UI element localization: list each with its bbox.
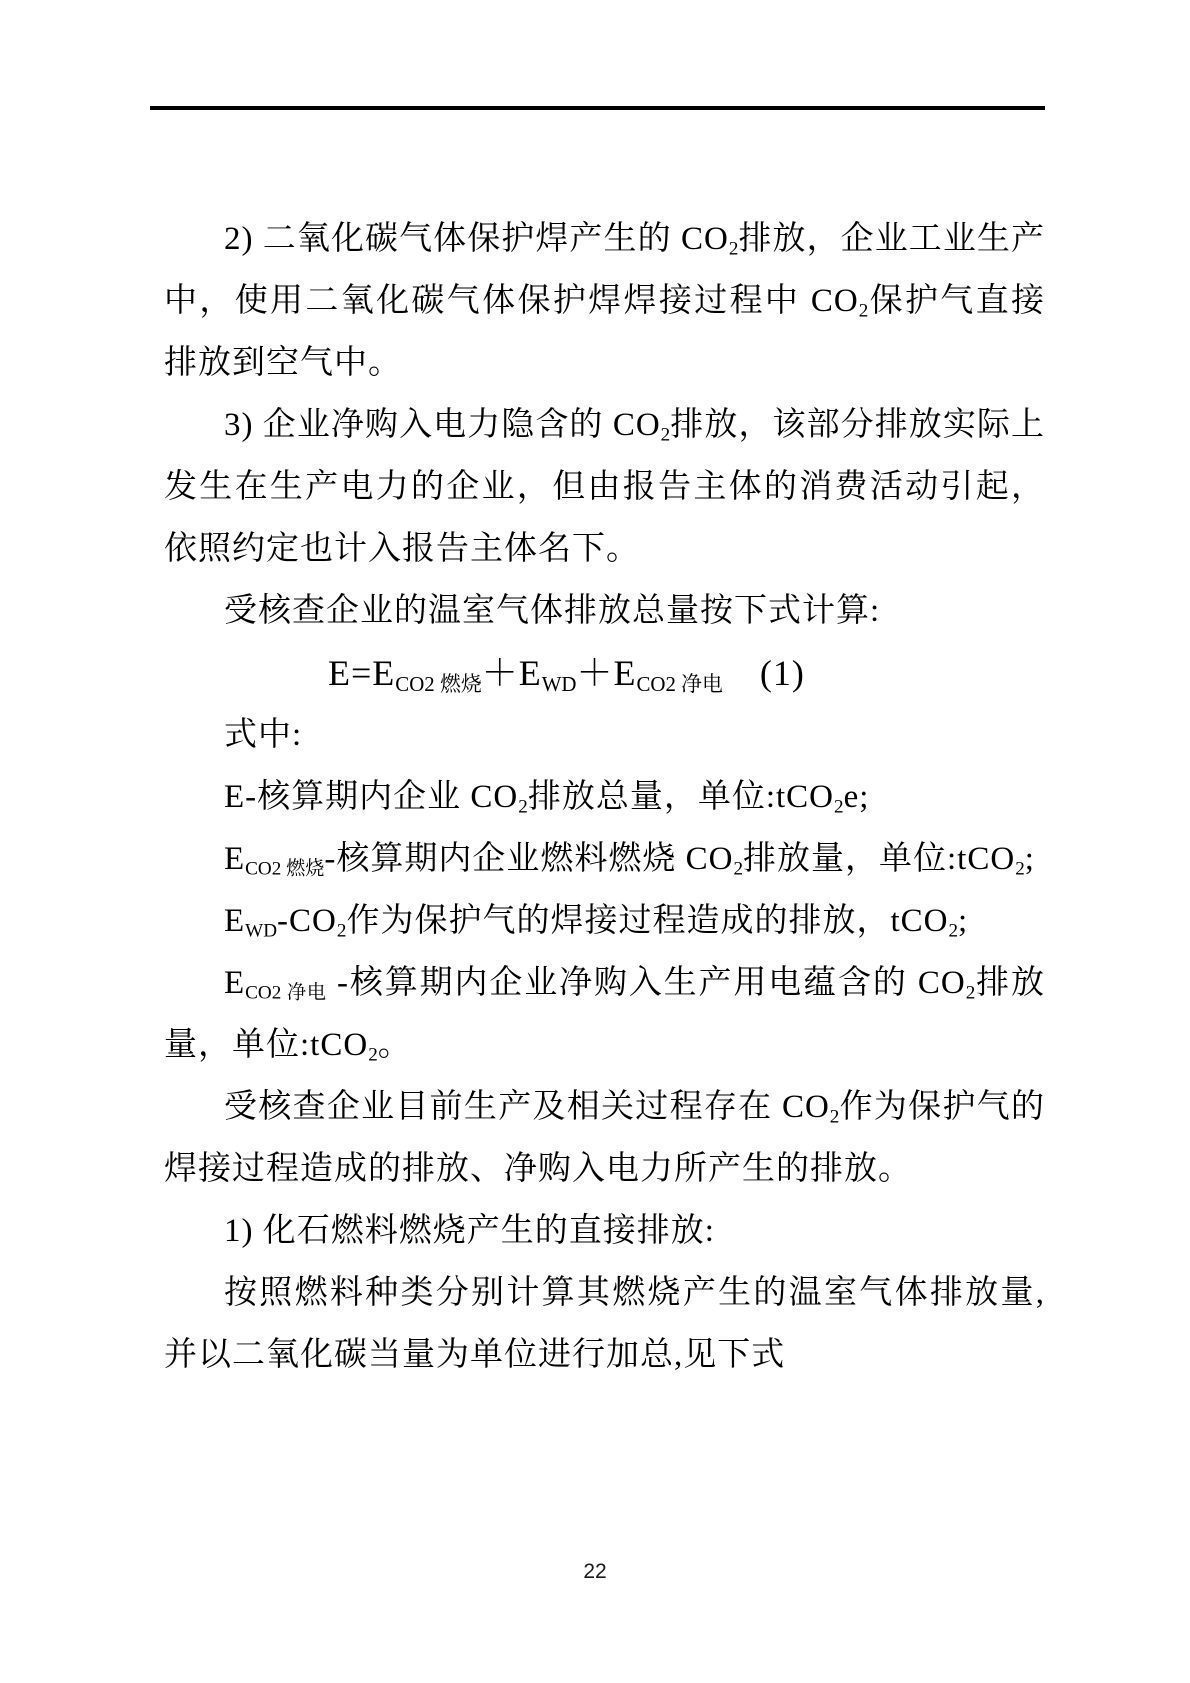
subscript: 2 xyxy=(859,300,869,321)
subscript: CO2 净电 xyxy=(636,672,722,696)
subscript: CO2 燃烧 xyxy=(395,672,481,696)
text-segment: ＋E xyxy=(482,653,542,693)
text-segment: 受核查企业目前生产及相关过程存在 CO xyxy=(224,1089,830,1125)
paragraph-definition-e-total: E-核算期内企业 CO2排放总量，单位:tCO2e; xyxy=(164,766,1045,828)
text-segment: 排放总量，单位:tCO xyxy=(528,779,834,815)
text-segment: 排放量，单位:tCO xyxy=(743,841,1015,877)
document-page: 2) 二氧化碳气体保护焊产生的 CO2排放，企业工业生产中，使用二氧化碳气体保护… xyxy=(0,0,1190,1683)
paragraph-definition-e-wd: EWD-CO2作为保护气的焊接过程造成的排放，tCO2; xyxy=(164,890,1045,952)
text-segment: ＋E xyxy=(576,653,636,693)
header-rule xyxy=(150,106,1045,110)
text-segment: E-核算期内企业 CO xyxy=(224,779,518,815)
subscript: WD xyxy=(542,672,577,696)
subscript: 2 xyxy=(966,982,976,1003)
text-segment: ; xyxy=(1025,841,1035,877)
paragraph-total-emission-intro: 受核查企业的温室气体排放总量按下式计算: xyxy=(164,580,1045,642)
subscript: 2 xyxy=(733,858,743,879)
text-segment: 1) 化石燃料燃烧产生的直接排放: xyxy=(224,1213,715,1249)
text-segment: 式中: xyxy=(224,717,302,753)
text-segment: 按照燃料种类分别计算其燃烧产生的温室气体排放量,并以二氧化碳当量为单位进行加总,… xyxy=(164,1275,1045,1373)
subscript: CO2 燃烧 xyxy=(245,858,324,879)
subscript: 2 xyxy=(1015,858,1025,879)
text-segment: ; xyxy=(958,903,968,939)
text-segment: 。 xyxy=(378,1027,412,1063)
paragraph-current-processes: 受核查企业目前生产及相关过程存在 CO2作为保护气的焊接过程造成的排放、净购入电… xyxy=(164,1076,1045,1200)
paragraph-definition-e-fuel-combustion: ECO2 燃烧-核算期内企业燃料燃烧 CO2排放量，单位:tCO2; xyxy=(164,828,1045,890)
paragraph-net-purchased-electricity: 3) 企业净购入电力隐含的 CO2排放，该部分排放实际上发生在生产电力的企业，但… xyxy=(164,394,1045,580)
text-segment: E xyxy=(224,903,245,939)
subscript: 2 xyxy=(368,1044,378,1065)
paragraph-summation-method: 按照燃料种类分别计算其燃烧产生的温室气体排放量,并以二氧化碳当量为单位进行加总,… xyxy=(164,1262,1045,1386)
subscript: 2 xyxy=(661,424,671,445)
subscript: 2 xyxy=(948,920,958,941)
document-body: 2) 二氧化碳气体保护焊产生的 CO2排放，企业工业生产中，使用二氧化碳气体保护… xyxy=(164,208,1045,1386)
text-segment: 2) 二氧化碳气体保护焊产生的 CO xyxy=(224,221,729,257)
page-number: 22 xyxy=(0,1560,1190,1584)
text-segment: E=E xyxy=(328,653,395,693)
text-segment: E xyxy=(224,965,245,1001)
subscript: 2 xyxy=(518,796,528,817)
subscript: 2 xyxy=(729,238,739,259)
text-segment: 3) 企业净购入电力隐含的 CO xyxy=(224,407,661,443)
text-segment: -CO xyxy=(277,903,337,939)
text-segment: -核算期内企业燃料燃烧 CO xyxy=(324,841,733,877)
subscript: CO2 净电 xyxy=(245,982,327,1003)
text-segment: -核算期内企业净购入生产用电蕴含的 CO xyxy=(327,965,966,1001)
subscript: 2 xyxy=(830,1106,840,1127)
formula-equation-1: E=ECO2 燃烧＋EWD＋ECO2 净电 (1) xyxy=(164,642,1045,704)
text-segment: E xyxy=(224,841,245,877)
subscript: 2 xyxy=(834,796,844,817)
text-segment: e; xyxy=(844,779,870,815)
text-segment: (1) xyxy=(723,653,805,693)
text-segment: 受核查企业的温室气体排放总量按下式计算: xyxy=(224,593,880,629)
paragraph-co2-shielded-welding: 2) 二氧化碳气体保护焊产生的 CO2排放，企业工业生产中，使用二氧化碳气体保护… xyxy=(164,208,1045,394)
paragraph-fossil-fuel-heading: 1) 化石燃料燃烧产生的直接排放: xyxy=(164,1200,1045,1262)
paragraph-definition-e-net-electricity: ECO2 净电 -核算期内企业净购入生产用电蕴含的 CO2排放量，单位:tCO2… xyxy=(164,952,1045,1076)
subscript: WD xyxy=(245,920,277,941)
paragraph-where-label: 式中: xyxy=(164,704,1045,766)
text-segment: 作为保护气的焊接过程造成的排放，tCO xyxy=(346,903,948,939)
